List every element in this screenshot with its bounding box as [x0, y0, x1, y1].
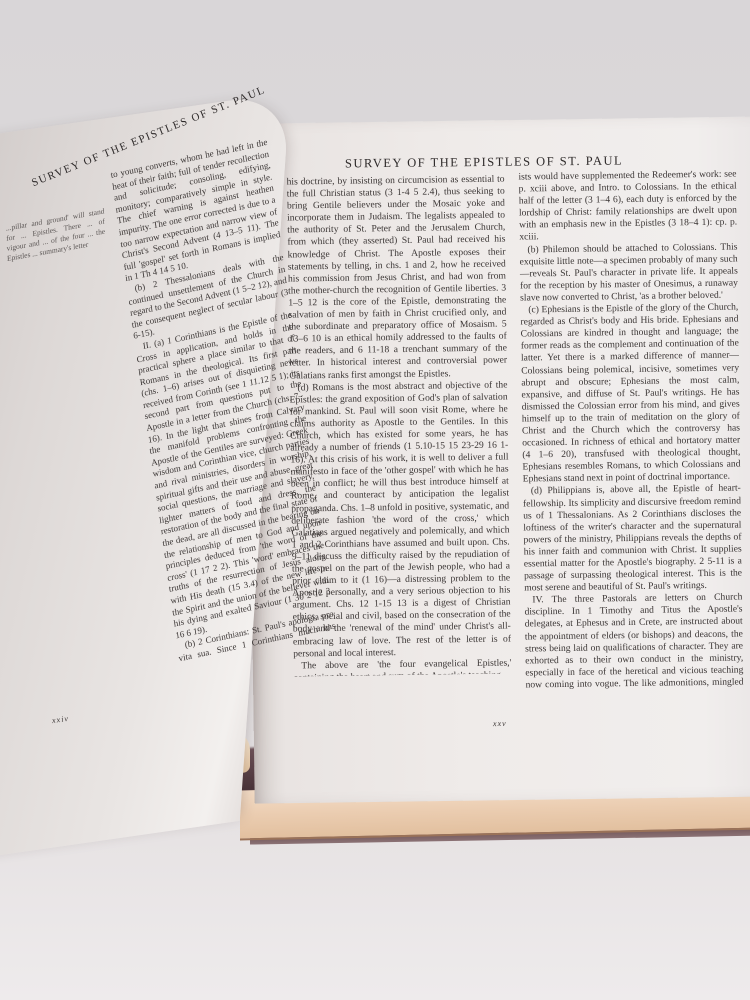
- right-column-2: ists would have supplemented the Redeeme…: [518, 169, 743, 692]
- paragraph: (c) Ephesians is the Epistle of the glor…: [520, 302, 741, 486]
- paragraph: The above are 'the four evangelical Epis…: [293, 657, 511, 676]
- right-running-head: SURVEY OF THE EPISTLES OF ST. PAUL: [345, 154, 623, 172]
- left-outer-column: ...pillar and ground' will stand for ...…: [6, 206, 122, 718]
- right-page-number: xxv: [493, 719, 507, 728]
- paragraph: (d) Philippians is, above all, the Epist…: [523, 483, 742, 595]
- paragraph: (d) Romans is the most abstract and obje…: [289, 379, 511, 660]
- table-surface: [0, 820, 750, 1000]
- right-column-1: his doctrine, by insisting on circumcisi…: [287, 174, 512, 677]
- paragraph: (b) Philemon should be attached to Colos…: [519, 241, 738, 305]
- paragraph: ists would have supplemented the Redeeme…: [518, 169, 737, 245]
- paragraph: his doctrine, by insisting on circumcisi…: [287, 174, 508, 383]
- paragraph: IV. The three Pastorals are letters on C…: [524, 592, 743, 692]
